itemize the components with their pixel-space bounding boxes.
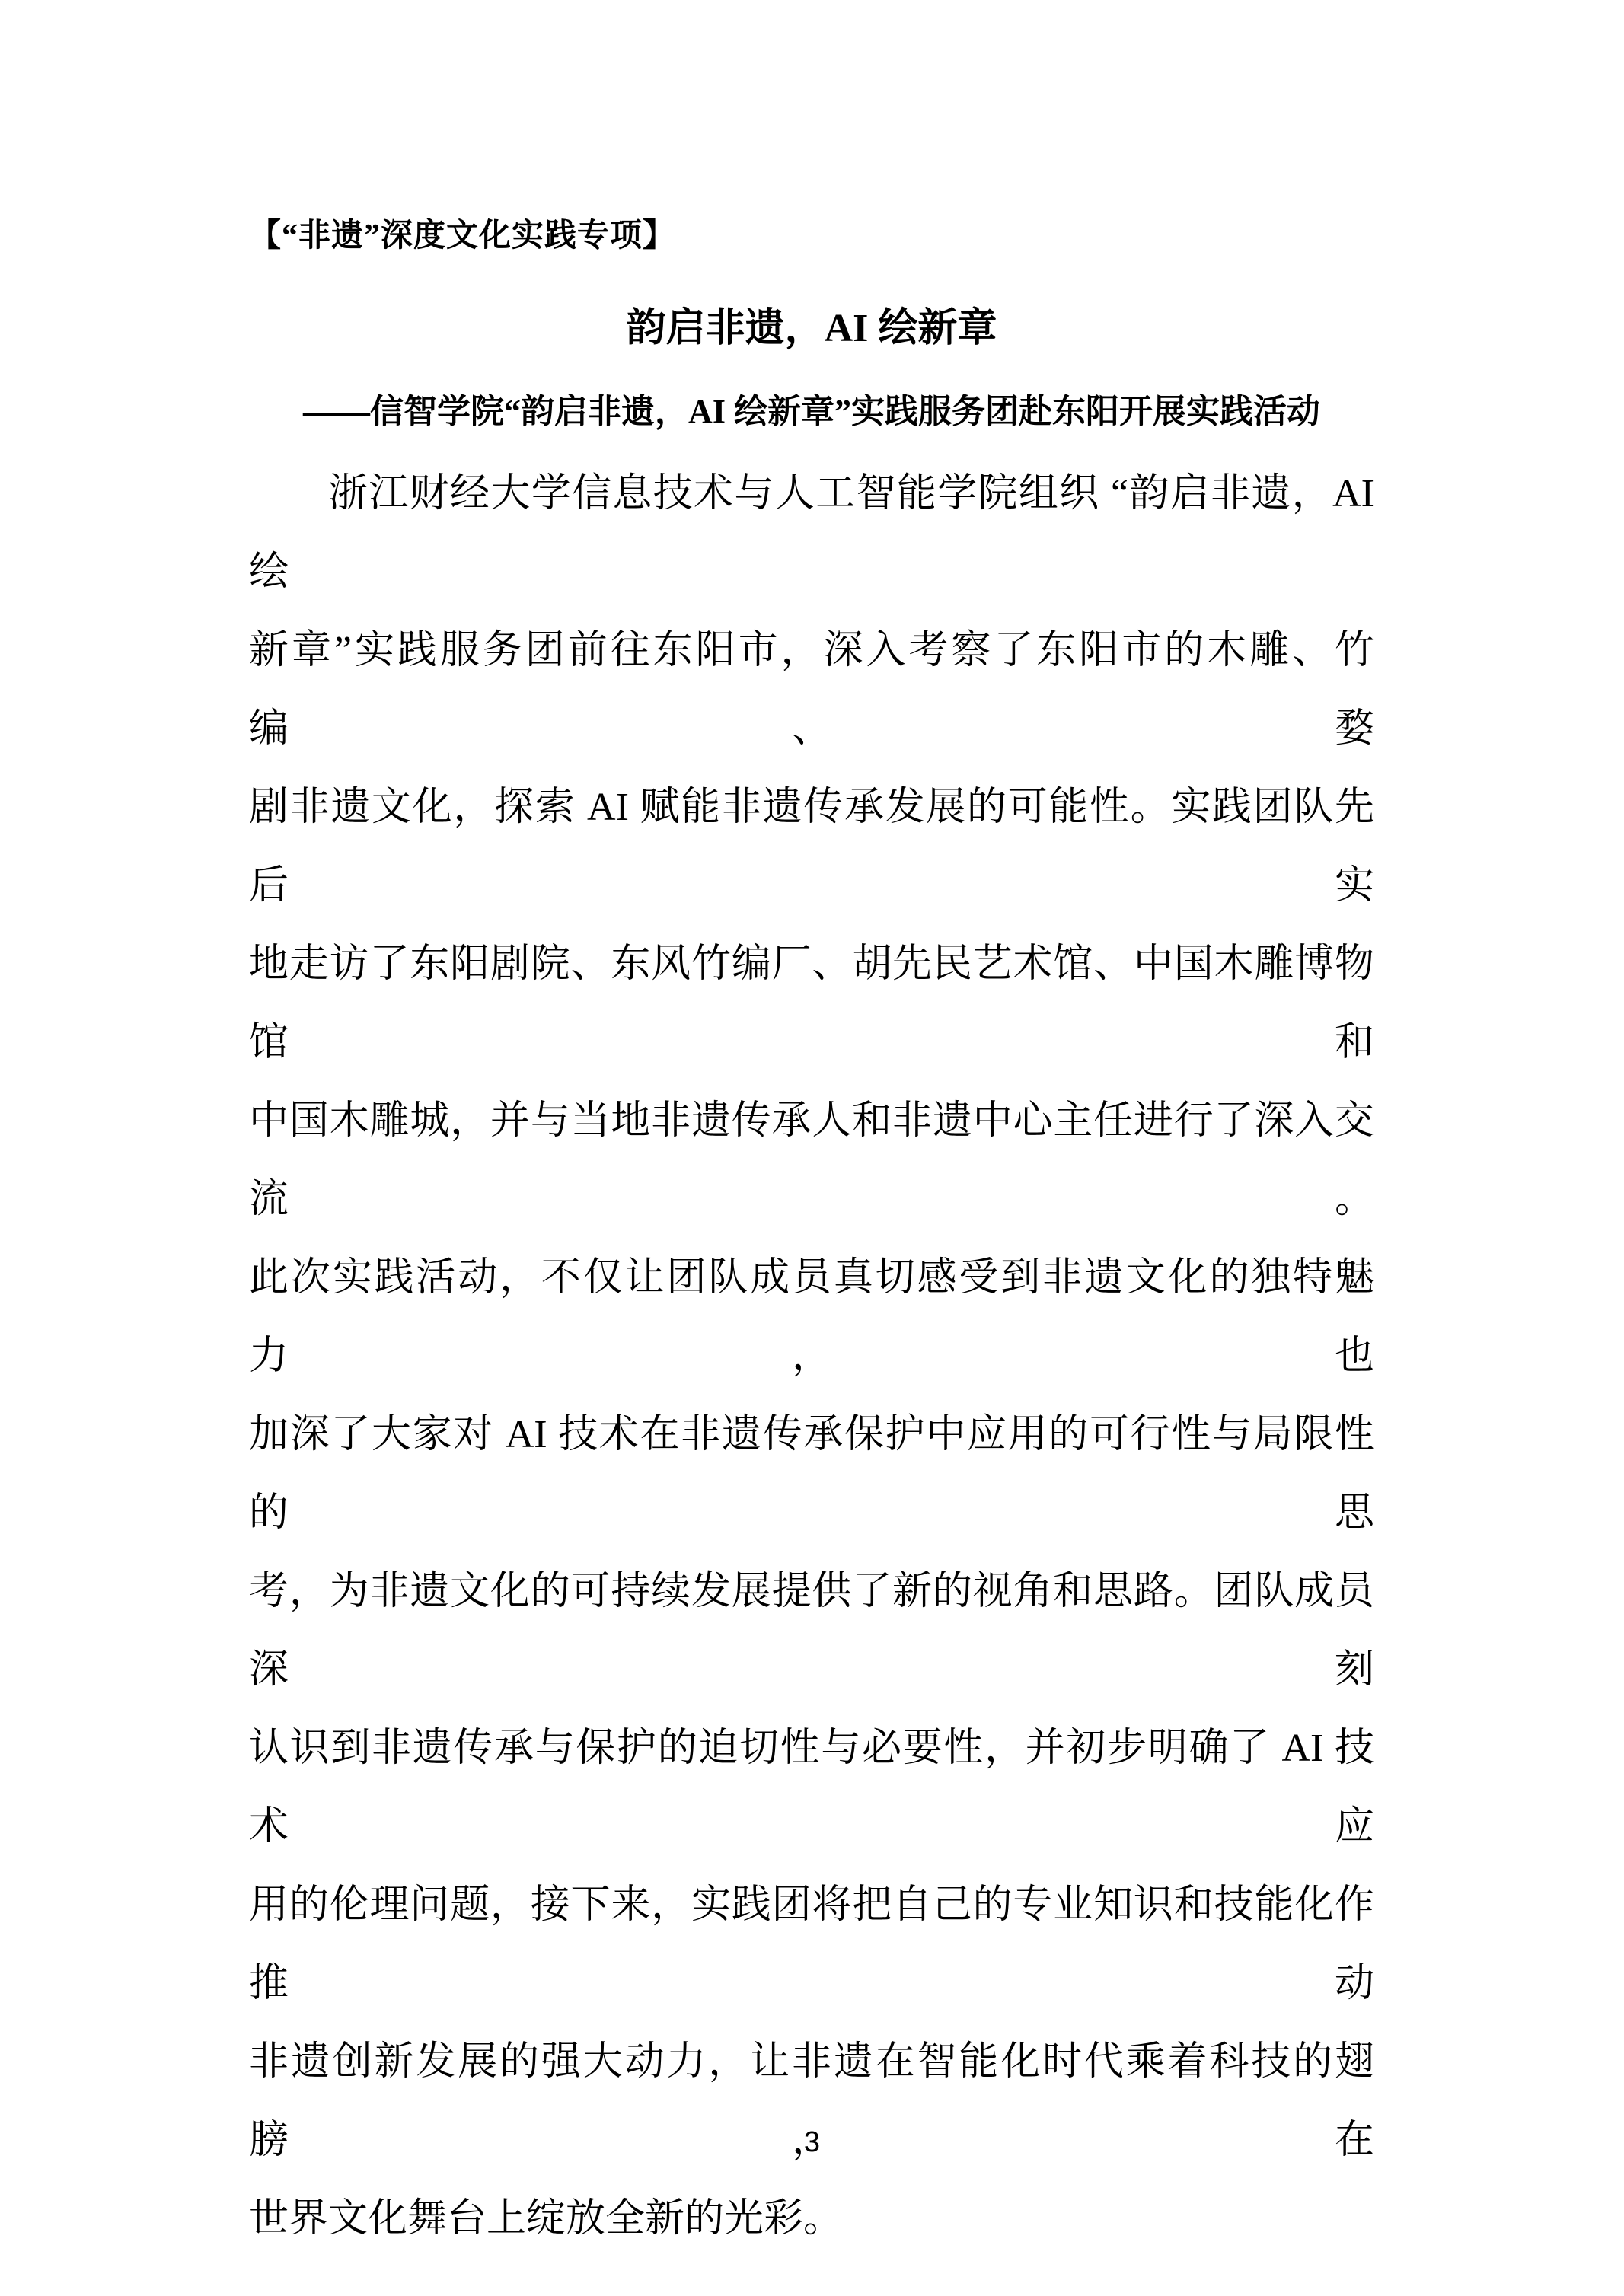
document-subtitle: ——信智学院“韵启非遗，AI 绘新章”实践服务团赴东阳开展实践活动 <box>249 392 1374 432</box>
body-line: 中国木雕城，并与当地非遗传承人和非遗中心主任进行了深入交流。 <box>249 1082 1374 1239</box>
body-line: 用的伦理问题，接下来，实践团将把自己的专业知识和技能化作推动 <box>249 1866 1374 2023</box>
body-line: 认识到非遗传承与保护的迫切性与必要性，并初步明确了 AI 技术应 <box>249 1709 1374 1866</box>
document-title: 韵启非遗，AI 绘新章 <box>249 305 1374 352</box>
body-line: 地走访了东阳剧院、东风竹编厂、胡先民艺术馆、中国木雕博物馆和 <box>249 925 1374 1082</box>
body-line: 世界文化舞台上绽放全新的光彩。 <box>249 2180 1374 2258</box>
page-number: 3 <box>0 2125 1624 2159</box>
document-page: 【“非遗”深度文化实践专项】 韵启非遗，AI 绘新章 ——信智学院“韵启非遗，A… <box>0 0 1624 2296</box>
body-line: 此次实践活动，不仅让团队成员真切感受到非遗文化的独特魅力，也 <box>249 1239 1374 1395</box>
header-tag: 【“非遗”深度文化实践专项】 <box>249 217 1374 255</box>
body-line: 新章”实践服务团前往东阳市，深入考察了东阳市的木雕、竹编、婺 <box>249 611 1374 768</box>
body-line: 加深了大家对 AI 技术在非遗传承保护中应用的可行性与局限性的思 <box>249 1395 1374 1552</box>
body-line: 浙江财经大学信息技术与人工智能学院组织 “韵启非遗，AI 绘 <box>249 454 1374 611</box>
body-line: 考，为非遗文化的可持续发展提供了新的视角和思路。团队成员深刻 <box>249 1552 1374 1709</box>
body-paragraph: 浙江财经大学信息技术与人工智能学院组织 “韵启非遗，AI 绘 新章”实践服务团前… <box>249 454 1374 2258</box>
body-line: 剧非遗文化，探索 AI 赋能非遗传承发展的可能性。实践团队先后实 <box>249 768 1374 925</box>
